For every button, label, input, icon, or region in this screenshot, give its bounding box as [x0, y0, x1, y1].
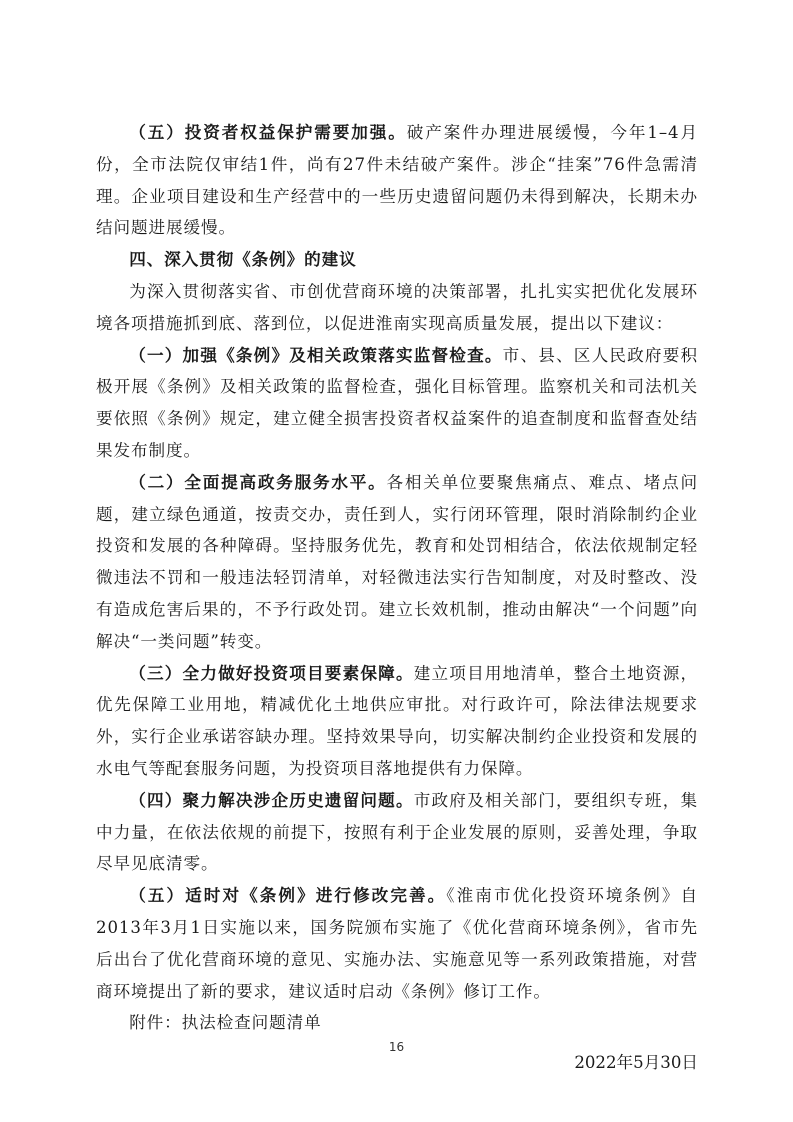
- recommendation-lead: （五）适时对《条例》进行修改完善。: [129, 885, 446, 905]
- recommendation-lead: （三）全力做好投资项目要素保障。: [129, 663, 414, 683]
- recommendation-lead: （四）聚力解决涉企历史遗留问题。: [129, 790, 414, 810]
- recommendation-4: （四）聚力解决涉企历史遗留问题。市政府及相关部门，要组织专班，集中力量，在依法依…: [96, 785, 698, 880]
- page-number: 16: [0, 1040, 793, 1054]
- attachment-note: 附件：执法检查问题清单: [96, 1007, 698, 1039]
- recommendation-5: （五）适时对《条例》进行修改完善。《淮南市优化投资环境条例》自2013年3月1日…: [96, 880, 698, 1007]
- recommendation-body: 各相关单位要聚焦痛点、难点、堵点问题，建立绿色通道，按责交办，责任到人，实行闭环…: [96, 473, 698, 651]
- recommendation-2: （二）全面提高政务服务水平。各相关单位要聚焦痛点、难点、堵点问题，建立绿色通道，…: [96, 467, 698, 658]
- paragraph-investor-protection: （五）投资者权益保护需要加强。破产案件办理进展缓慢，今年1–4月份，全市法院仅审…: [96, 117, 698, 244]
- paragraph-lead: （五）投资者权益保护需要加强。: [129, 122, 407, 142]
- recommendation-lead: （一）加强《条例》及相关政策落实监督检查。: [129, 345, 502, 365]
- document-page: （五）投资者权益保护需要加强。破产案件办理进展缓慢，今年1–4月份，全市法院仅审…: [96, 117, 698, 1079]
- recommendation-lead: （二）全面提高政务服务水平。: [129, 472, 386, 492]
- recommendation-3: （三）全力做好投资项目要素保障。建立项目用地清单，整合土地资源，优先保障工业用地…: [96, 658, 698, 785]
- section-intro: 为深入贯彻落实省、市创优营商环境的决策部署，扎扎实实把优化发展环境各项措施抓到底…: [96, 276, 698, 340]
- section-heading: 四、深入贯彻《条例》的建议: [96, 244, 698, 276]
- recommendation-1: （一）加强《条例》及相关政策落实监督检查。市、县、区人民政府要积极开展《条例》及…: [96, 340, 698, 467]
